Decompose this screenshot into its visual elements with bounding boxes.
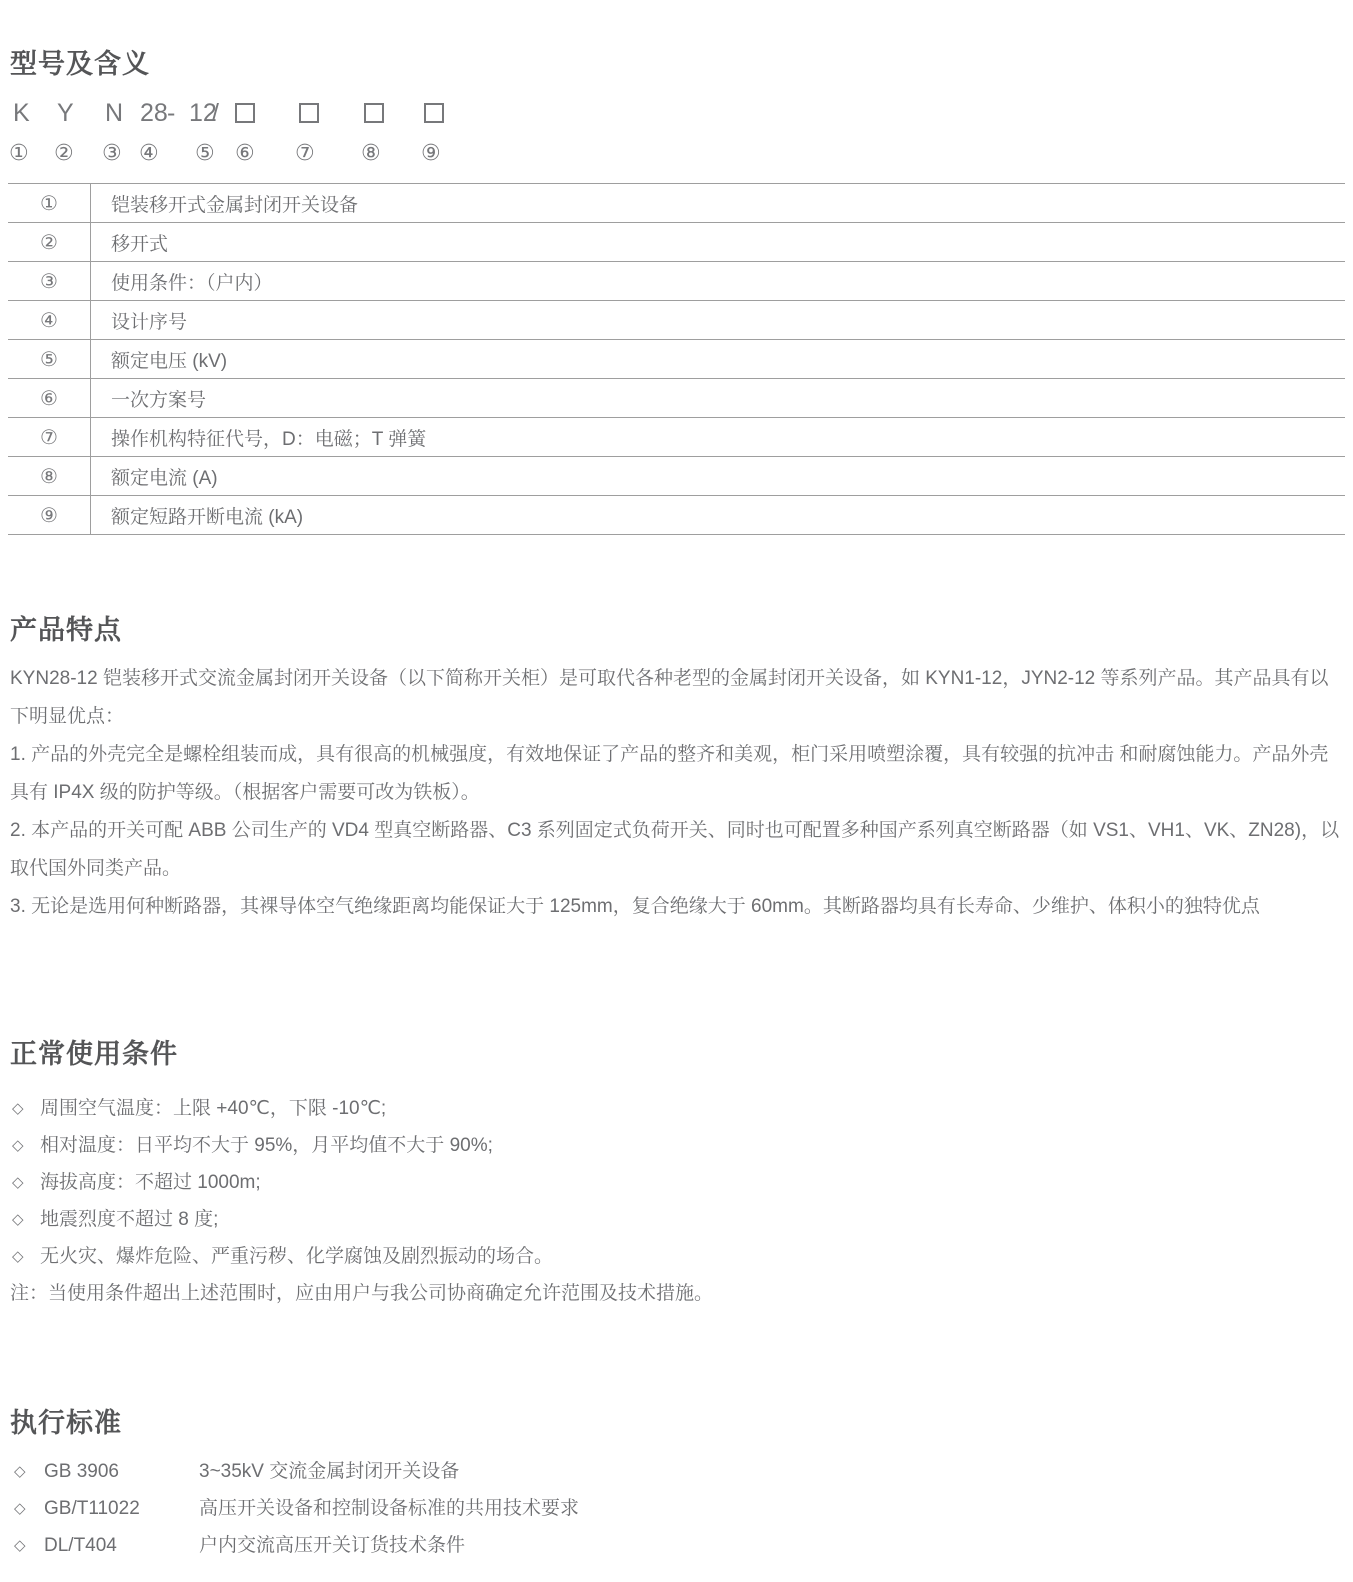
list-item: ◇ GB 3906 3~35kV 交流金属封闭开关设备	[10, 1453, 1345, 1490]
row-number: ①	[8, 184, 91, 222]
condition-text: 无火灾、爆炸危险、严重污秽、化学腐蚀及剧烈振动的场合。	[40, 1238, 553, 1275]
table-row: ② 移开式	[8, 222, 1345, 261]
circled-number-icon: ②	[54, 140, 74, 166]
list-item: ◇ DL/T404 户内交流高压开关订货技术条件	[10, 1527, 1345, 1564]
row-description: 额定电流 (A)	[91, 463, 1345, 490]
placeholder-box-icon	[364, 103, 384, 123]
circled-number-icon: ⑨	[421, 140, 441, 166]
list-item: ◇ 周围空气温度：上限 +40℃，下限 -10℃;	[10, 1090, 1345, 1127]
row-description: 额定电压 (kV)	[91, 346, 1345, 373]
row-number: ⑦	[8, 418, 91, 456]
circled-number-icon: ④	[139, 140, 159, 166]
standard-code: DL/T404	[44, 1527, 199, 1564]
list-item: ◇ 海拔高度：不超过 1000m;	[10, 1164, 1345, 1201]
paragraph: 1. 产品的外壳完全是螺栓组装而成，具有很高的机械强度，有效地保证了产品的整齐和…	[10, 736, 1345, 812]
row-description: 额定短路开断电流 (kA)	[91, 502, 1345, 529]
conditions-note: 注：当使用条件超出上述范围时，应由用户与我公司协商确定允许范围及技术措施。	[10, 1275, 1345, 1312]
model-symbol: K	[13, 99, 30, 128]
row-number: ②	[8, 223, 91, 261]
table-row: ⑥ 一次方案号	[8, 378, 1345, 417]
diamond-bullet-icon: ◇	[10, 1201, 40, 1238]
model-designation-row: K Y N 28 - 12 /	[0, 99, 1353, 135]
table-row: ① 铠装移开式金属封闭开关设备	[8, 183, 1345, 222]
features-paragraphs: KYN28-12 铠装移开式交流金属封闭开关设备（以下简称开关柜）是可取代各种老…	[10, 660, 1345, 926]
standard-description: 户内交流高压开关订货技术条件	[199, 1527, 1345, 1564]
conditions-list: ◇ 周围空气温度：上限 +40℃，下限 -10℃; ◇ 相对温度：日平均不大于 …	[10, 1090, 1345, 1312]
diamond-bullet-icon: ◇	[10, 1238, 40, 1275]
model-symbol: -	[167, 99, 175, 128]
table-row: ⑨ 额定短路开断电流 (kA)	[8, 495, 1345, 534]
table-row: ⑧ 额定电流 (A)	[8, 456, 1345, 495]
circled-number-icon: ⑥	[235, 140, 255, 166]
model-symbol: /	[212, 99, 219, 128]
model-section-title: 型号及含义	[10, 42, 150, 81]
document-page: 型号及含义 K Y N 28 - 12 / ① ② ③ ④ ⑤ ⑥ ⑦ ⑧ ⑨ …	[0, 0, 1353, 1582]
diamond-bullet-icon: ◇	[10, 1090, 40, 1127]
features-section-title: 产品特点	[10, 608, 122, 647]
table-row: ⑦ 操作机构特征代号，D：电磁；T 弹簧	[8, 417, 1345, 456]
standard-code: GB/T11022	[44, 1490, 199, 1527]
row-number: ⑨	[8, 496, 91, 534]
paragraph: KYN28-12 铠装移开式交流金属封闭开关设备（以下简称开关柜）是可取代各种老…	[10, 660, 1345, 736]
circled-number-icon: ⑤	[195, 140, 215, 166]
condition-text: 相对温度：日平均不大于 95%，月平均值不大于 90%;	[40, 1127, 493, 1164]
model-symbol: 28	[140, 99, 168, 128]
row-description: 铠装移开式金属封闭开关设备	[91, 190, 1345, 217]
row-description: 移开式	[91, 229, 1345, 256]
placeholder-box-icon	[424, 103, 444, 123]
row-description: 设计序号	[91, 307, 1345, 334]
table-row: ③ 使用条件：（户内）	[8, 261, 1345, 300]
placeholder-box-icon	[235, 103, 255, 123]
list-item: ◇ 地震烈度不超过 8 度;	[10, 1201, 1345, 1238]
list-item: ◇ 相对温度：日平均不大于 95%，月平均值不大于 90%;	[10, 1127, 1345, 1164]
diamond-bullet-icon: ◇	[10, 1490, 44, 1527]
condition-text: 周围空气温度：上限 +40℃，下限 -10℃;	[40, 1090, 386, 1127]
paragraph: 3. 无论是选用何种断路器，其裸导体空气绝缘距离均能保证大于 125mm，复合绝…	[10, 888, 1345, 926]
diamond-bullet-icon: ◇	[10, 1527, 44, 1564]
row-number: ⑥	[8, 379, 91, 417]
row-description: 使用条件：（户内）	[91, 268, 1345, 295]
standards-section-title: 执行标准	[10, 1401, 122, 1440]
model-meaning-table: ① 铠装移开式金属封闭开关设备 ② 移开式 ③ 使用条件：（户内） ④ 设计序号…	[8, 183, 1345, 535]
circled-number-icon: ③	[102, 140, 122, 166]
standard-description: 3~35kV 交流金属封闭开关设备	[199, 1453, 1345, 1490]
row-number: ④	[8, 301, 91, 339]
condition-text: 海拔高度：不超过 1000m;	[40, 1164, 261, 1201]
standard-description: 高压开关设备和控制设备标准的共用技术要求	[199, 1490, 1345, 1527]
paragraph: 2. 本产品的开关可配 ABB 公司生产的 VD4 型真空断路器、C3 系列固定…	[10, 812, 1345, 888]
list-item: ◇ GB/T11022 高压开关设备和控制设备标准的共用技术要求	[10, 1490, 1345, 1527]
table-row: ⑤ 额定电压 (kV)	[8, 339, 1345, 378]
table-row: ④ 设计序号	[8, 300, 1345, 339]
condition-text: 地震烈度不超过 8 度;	[40, 1201, 218, 1238]
row-number: ③	[8, 262, 91, 300]
standards-list: ◇ GB 3906 3~35kV 交流金属封闭开关设备 ◇ GB/T11022 …	[10, 1453, 1345, 1564]
circled-number-icon: ①	[9, 140, 29, 166]
list-item: ◇ 无火灾、爆炸危险、严重污秽、化学腐蚀及剧烈振动的场合。	[10, 1238, 1345, 1275]
diamond-bullet-icon: ◇	[10, 1453, 44, 1490]
row-description: 操作机构特征代号，D：电磁；T 弹簧	[91, 424, 1345, 451]
circled-number-icon: ⑧	[361, 140, 381, 166]
row-description: 一次方案号	[91, 385, 1345, 412]
diamond-bullet-icon: ◇	[10, 1127, 40, 1164]
row-number: ⑤	[8, 340, 91, 378]
placeholder-box-icon	[299, 103, 319, 123]
standard-code: GB 3906	[44, 1453, 199, 1490]
diamond-bullet-icon: ◇	[10, 1164, 40, 1201]
model-symbol: Y	[57, 99, 74, 128]
circled-number-icon: ⑦	[295, 140, 315, 166]
model-symbol: N	[105, 99, 123, 128]
row-number: ⑧	[8, 457, 91, 495]
model-marker-row: ① ② ③ ④ ⑤ ⑥ ⑦ ⑧ ⑨	[0, 140, 1353, 170]
conditions-section-title: 正常使用条件	[10, 1032, 178, 1071]
